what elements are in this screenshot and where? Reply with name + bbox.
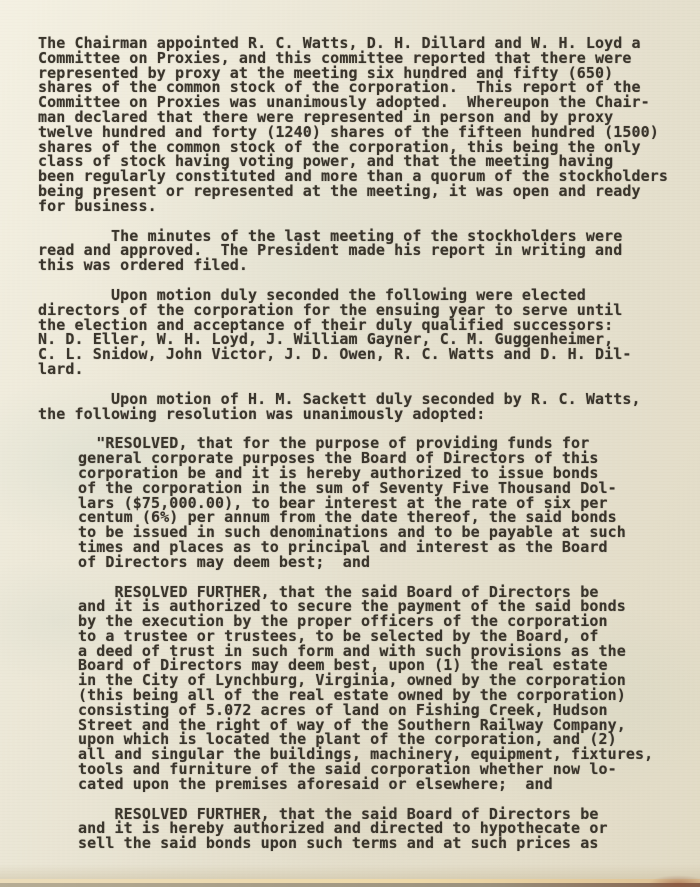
document-page: The Chairman appointed R. C. Watts, D. H…: [0, 0, 700, 887]
paragraph-chairman-proxies: The Chairman appointed R. C. Watts, D. H…: [38, 36, 680, 214]
paragraph-sackett-motion: Upon motion of H. M. Sackett duly second…: [38, 392, 680, 422]
paragraph-resolved-further-hypothecate: RESOLVED FURTHER, that the said Board of…: [78, 807, 680, 851]
page-content: The Chairman appointed R. C. Watts, D. H…: [38, 36, 680, 851]
page-bottom-edge: [0, 883, 700, 887]
paragraph-minutes-approved: The minutes of the last meeting of the s…: [38, 229, 680, 273]
paragraph-directors-election: Upon motion duly seconded the following …: [38, 288, 680, 377]
paragraph-resolved-issue-bonds: "RESOLVED, that for the purpose of provi…: [78, 436, 680, 569]
bottom-right-corner-smudge: [648, 875, 700, 887]
paragraph-resolved-further-deed-of-trust: RESOLVED FURTHER, that the said Board of…: [78, 585, 680, 792]
page-bottom-shadow: [0, 864, 700, 880]
